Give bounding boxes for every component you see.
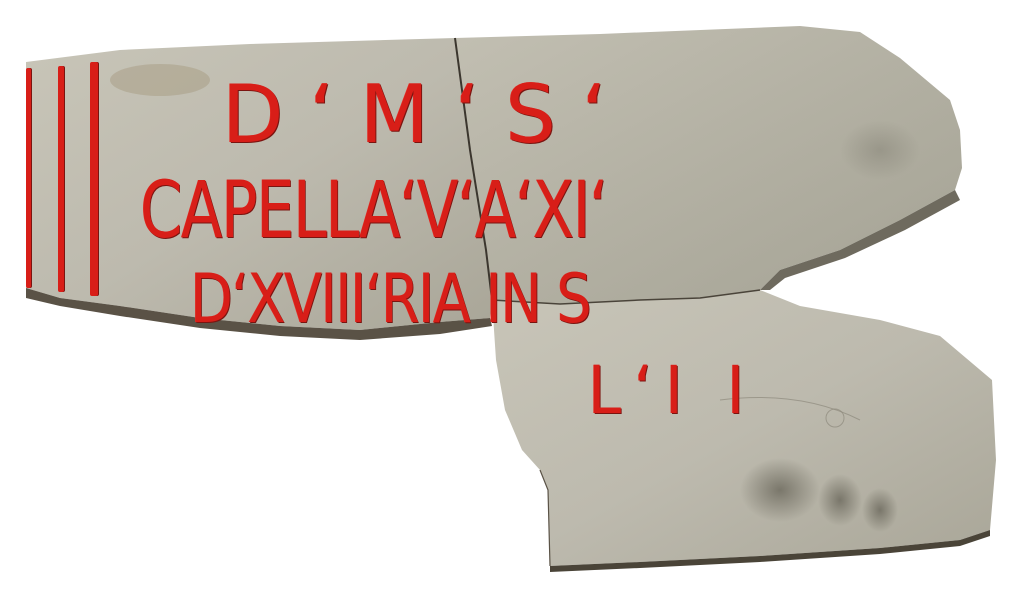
- inscription-line-3: D‘XVIII‘RIA IN S: [190, 260, 590, 339]
- border-rule-2: [58, 66, 64, 292]
- border-rule-3: [90, 62, 98, 296]
- inscription-line-4: L‘I I: [588, 352, 757, 429]
- inscription-line-2: CAPELLA‘V‘A‘XI‘: [140, 166, 607, 256]
- border-rule-1: [26, 68, 31, 288]
- inscription-line-1: D ‘ M ‘ S ‘: [222, 68, 607, 161]
- photograph: D ‘ M ‘ S ‘ CAPELLA‘V‘A‘XI‘ D‘XVIII‘RIA …: [0, 0, 1024, 595]
